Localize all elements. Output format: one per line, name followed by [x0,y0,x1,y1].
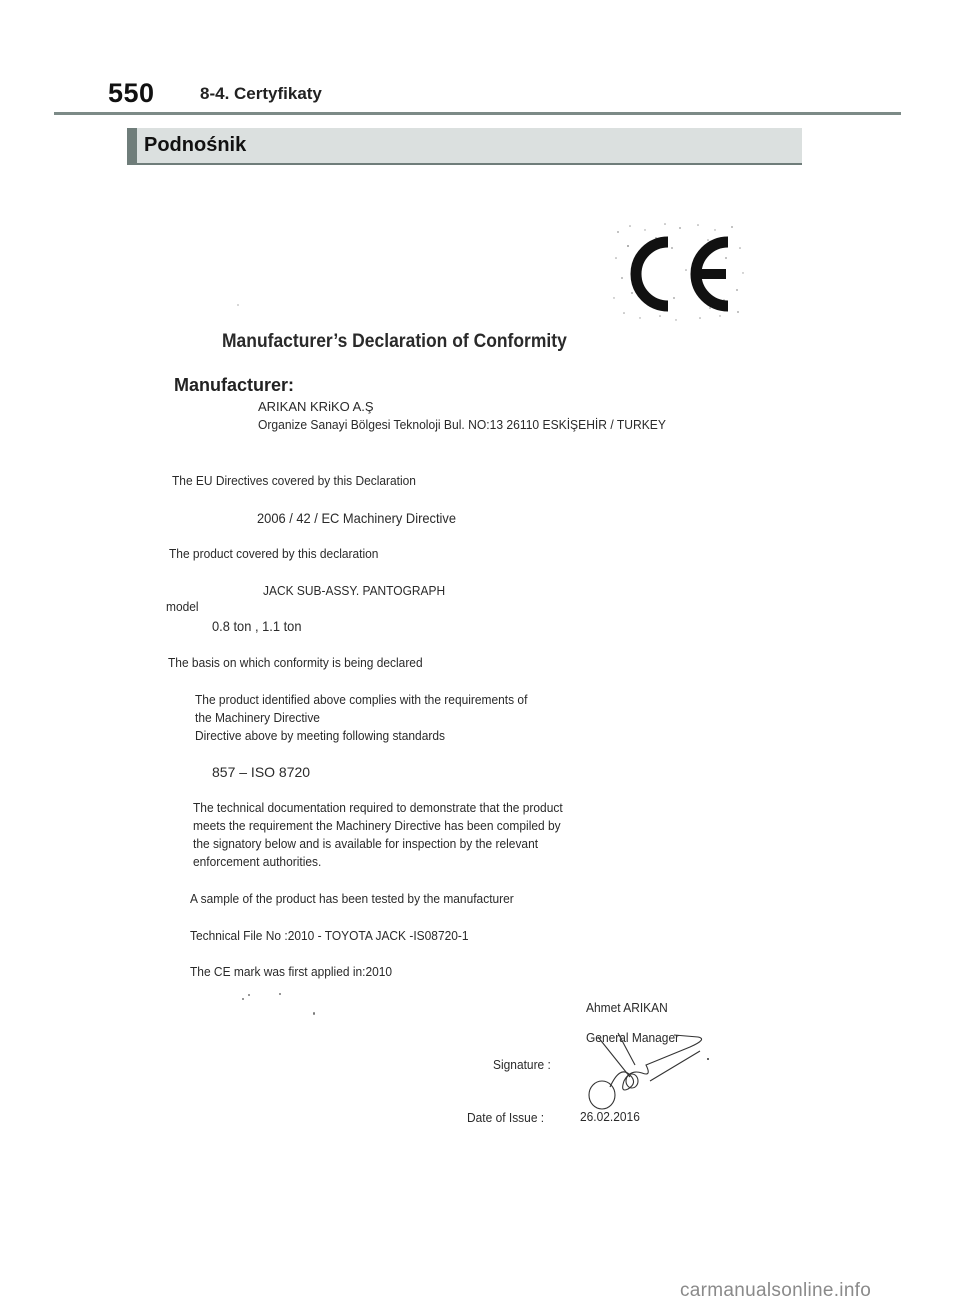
model-label: model [166,599,199,614]
scan-speck [242,998,244,1000]
directive-value: 2006 / 42 / EC Machinery Directive [257,510,456,526]
section-accent-bar [127,128,137,165]
technical-doc-line: enforcement authorities. [193,854,321,869]
scan-speck [279,993,281,995]
manufacturer-label: Manufacturer: [174,375,294,396]
basis-line: the Machinery Directive [195,710,320,725]
document-title: Manufacturer’s Declaration of Conformity [222,331,567,353]
standard-value: 857 – ISO 8720 [212,764,310,780]
header-divider [54,112,901,115]
basis-label: The basis on which conformity is being d… [168,655,423,670]
section-header: Podnośnik [127,128,802,165]
page-number: 550 [108,78,155,109]
ce-mark-icon [610,218,750,328]
scan-speck [237,304,239,306]
product-name: JACK SUB-ASSY. PANTOGRAPH [263,583,445,598]
basis-line: Directive above by meeting following sta… [195,728,445,743]
basis-line: The product identified above complies wi… [195,692,527,707]
section-title: Podnośnik [144,134,246,157]
model-values: 0.8 ton , 1.1 ton [212,618,302,634]
signature-label: Signature : [493,1057,551,1072]
ce-first-applied: The CE mark was first applied in:2010 [190,964,392,979]
technical-doc-line: meets the requirement the Machinery Dire… [193,818,561,833]
scan-speck [248,994,250,996]
date-value: 26.02.2016 [580,1109,640,1124]
chapter-title: 8-4. Certyfikaty [200,84,322,104]
signatory-name: Ahmet ARIKAN [586,1000,668,1015]
signature-scribble-icon [580,1025,720,1120]
watermark: carmanualsonline.info [680,1280,871,1302]
technical-doc-line: The technical documentation required to … [193,800,563,815]
technical-doc-line: the signatory below and is available for… [193,836,538,851]
product-label: The product covered by this declaration [169,546,378,561]
technical-file: Technical File No :2010 - TOYOTA JACK -I… [190,928,469,943]
scan-speck [313,1012,315,1015]
manufacturer-name: ARIKAN KRiKO A.Ş [258,399,374,414]
directives-label: The EU Directives covered by this Declar… [172,473,416,488]
sample-tested: A sample of the product has been tested … [190,891,514,906]
date-label: Date of Issue : [467,1110,544,1125]
manufacturer-address: Organize Sanayi Bölgesi Teknoloji Bul. N… [258,417,666,432]
